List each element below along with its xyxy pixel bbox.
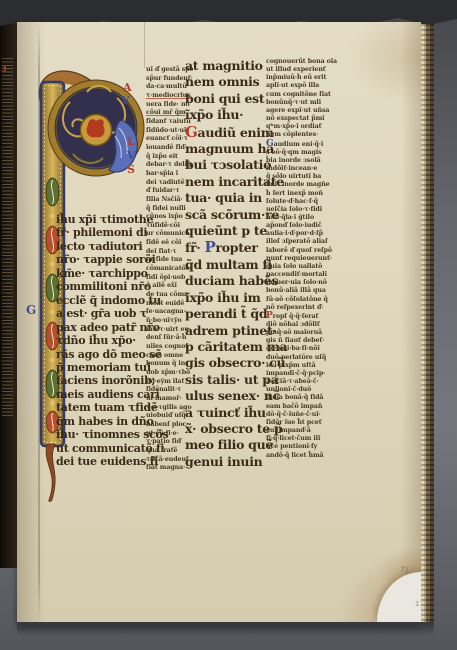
text-line: tatem tuam τfidẽ — [56, 401, 152, 414]
text-line: q̃ ailẽ ex̃ĩ — [146, 282, 186, 291]
folio-mark-upper: 71 — [399, 565, 409, 574]
text-line: ſidõr ĩue h̃t pceť — [266, 419, 340, 427]
text-line: nem omnis — [185, 74, 269, 90]
text-line: nõ reſpexerint ď· — [266, 304, 340, 312]
text-line: da·ca·multũ — [146, 83, 186, 92]
text-line: fidñdo·ut·uĩ — [146, 127, 186, 136]
margin-initial-g: G — [26, 303, 36, 317]
text-line: qua ſraťẽ — [146, 447, 186, 456]
text-line: bonũ·aliã illã qua — [266, 287, 340, 295]
text-line: x̃· obsecro te p̃ — [185, 421, 269, 437]
text-line: ulus senex· nc̃ — [185, 388, 269, 404]
text-line: ih̃u xp̃i τtimothe — [56, 213, 152, 226]
text-line: ĩxp̃o ih̃u· — [185, 107, 269, 123]
colored-initial: G — [185, 123, 198, 141]
text-line: q̃ sõlo uirtutĩ ba — [266, 173, 340, 181]
text-line: ſe·uacagna· — [146, 308, 186, 317]
text-line: genui inuin — [185, 454, 269, 470]
text-line: pax adeo patr̃ nr̃o — [56, 321, 152, 334]
text-line: paccendiť·mortali — [266, 271, 340, 279]
text-line: qõ·mai·ba·fi·nõĩ — [266, 345, 340, 353]
text-line: magnuum ha — [185, 141, 269, 157]
text-line: nem cõplentes· — [266, 131, 340, 139]
text-line: ĩxp̃o ih̃u im — [185, 290, 269, 306]
text-line: cũnos ĩxp̃o — [146, 213, 186, 222]
text-line: qʰm·xp̃o·ĩ ordiať — [266, 123, 340, 131]
text-line: nõ exspectat p̃mĩ — [266, 115, 340, 123]
text-line: duõ perlatõre uſq̃ — [266, 354, 340, 362]
text-line: unlionĩ·č·duõ — [266, 386, 340, 394]
text-line: commilitoni nr̃o — [56, 280, 152, 293]
text-line: ap̃onď ſolo·iudič — [266, 222, 340, 230]
text-line: tua· quia in — [185, 190, 269, 206]
text-line: nõ·eỹm ilať — [146, 378, 186, 387]
text-line: cacū omne — [146, 352, 186, 361]
text-line: nr̃o· τappie sorõi — [56, 253, 152, 266]
text-line: cõmanicatõe — [146, 265, 186, 274]
text-line: fi·q̃·licet·čum ilĩ — [266, 435, 340, 443]
text-line: ĥ ſert inexp̃ meñ — [266, 190, 340, 198]
text-line: sis talis· ut pa — [185, 372, 269, 388]
manuscript-page: A V L V S G ih̃u xp̃i τtimothefr̃· phile… — [17, 22, 421, 624]
text-line: dei τadiutẽ — [146, 179, 186, 188]
spine-leaf-edges — [2, 58, 13, 418]
text-line: ih̃u· τinomnes scõs — [56, 428, 152, 441]
text-line: debar·τ deliǵ — [146, 161, 186, 170]
corner-repair-patch — [377, 572, 421, 622]
text-line: cum cognitõne fiat — [266, 91, 340, 99]
text-line: uiles cognoſ — [146, 343, 186, 352]
text-line: deĩ fiat·τ — [146, 248, 186, 257]
text-line: b̃ia inorde ɔsolã — [266, 157, 340, 165]
text-line: aulia·i·ď·por·d·ſp̃ — [266, 230, 340, 238]
text-line: ecclẽ q̃ indomo tu — [56, 294, 152, 307]
text-line: adrem ptinet· — [185, 323, 269, 339]
text-line: uera fide· nõ — [146, 101, 186, 110]
text-line: Gaudium eni·q̃·ĩ — [266, 140, 340, 149]
text-line: meo filio quẽ — [185, 437, 269, 453]
text-line: pmq̃·aõ maĩoruã — [266, 329, 340, 337]
gloss-column-inner: uĩ ď gestã spesp̃ur fundenť·da·ca·multũτ… — [146, 66, 186, 473]
text-line: uiobuiď uſq̃ — [146, 412, 186, 421]
text-line: cognouerũt bona oĩa — [266, 58, 340, 66]
text-line: a τuincť ih̃u — [185, 405, 269, 421]
text-line: indõiť·incean·e — [266, 165, 340, 173]
text-line: illoſ ɔſperatõ aliaſ — [266, 238, 340, 246]
text-line: q̃ fidei nulli — [146, 205, 186, 214]
colored-initial: G — [266, 139, 274, 149]
text-line: scã scõrum·re — [185, 207, 269, 223]
main-text-column-center: at magnitionem omnisboni qui estĩxp̃o ih… — [185, 58, 269, 470]
fore-edge-leaves — [421, 24, 434, 622]
text-line: nicãt euidẽ — [146, 300, 186, 309]
text-line: eam bačõ impañ — [266, 403, 340, 411]
text-line: bar·sp̃ia ĩ — [146, 170, 186, 179]
text-line: fidanť τaiutũ — [146, 118, 186, 127]
text-line: q̃ ĩxp̃o eit — [146, 153, 186, 162]
text-line: euĩ·impanď·ã — [266, 427, 340, 435]
text-line: dõ·q̃·č·ĩuñe·č·uĩ· — [266, 411, 340, 419]
text-line: ut cũ fi·e· — [146, 430, 186, 439]
text-line: ur fide tua — [146, 256, 186, 265]
text-line: Gaudiũ enim — [185, 124, 269, 141]
text-line: fidẽ eě cõi — [146, 239, 186, 248]
text-line: ñ·bo·uĩτỹo — [146, 317, 186, 326]
text-line: τ·mediocrius — [146, 92, 186, 101]
text-line: buit inorde magñe — [266, 181, 340, 189]
text-line: diõ nõhaĩ ɔdõliť — [266, 321, 340, 329]
text-line: andõ·q̃ licet h̃mã — [266, 452, 340, 460]
page-bottom-shadow — [17, 622, 434, 636]
text-line: le·i·p·xp̃m uſtã — [266, 362, 340, 370]
text-line: agere expĩ·ut uñsa — [266, 107, 340, 115]
text-line: boni qui est — [185, 91, 269, 107]
text-line: filia Nsčiã· — [146, 196, 186, 205]
text-line: bonũnq̃·τ·ut mli — [266, 99, 340, 107]
text-line: quia ſolo uallatõ — [266, 263, 340, 271]
text-line: ď fuidar·τ — [146, 187, 186, 196]
text-line: ď oĩa bonã·q̃ fidã — [266, 394, 340, 402]
text-line: τfičã·eudeuſ — [146, 456, 186, 465]
text-line: nunť requieuerunť· — [266, 255, 340, 263]
text-line: laborẽ ď quoſ reſpõ — [266, 247, 340, 255]
text-line: τdño ih̃u xp̃o· — [56, 334, 152, 347]
text-line: fr̃· Propter — [185, 239, 269, 256]
text-line: q̃m habes in dño — [56, 415, 152, 428]
text-line: aplĩ·ut expõ illa — [266, 82, 340, 90]
text-line: ut illud experienť — [266, 66, 340, 74]
colored-initial: P — [266, 311, 273, 321]
text-line: τ·patio fiď — [146, 438, 186, 447]
text-line: fr̃· philemoni di — [56, 226, 152, 239]
text-line: p cãritatem ma — [185, 339, 269, 355]
text-line: habenſ ploc — [146, 421, 186, 430]
text-line: īouandẽ fiď· — [146, 144, 186, 153]
text-line: euancť cõi·τ — [146, 135, 186, 144]
text-line: lecto τadiutori — [56, 240, 152, 253]
text-line: denſ ſūr·ã·h̃ — [146, 334, 186, 343]
text-line: uob xp̃m·τbo — [146, 369, 186, 378]
text-line: faciens inorõnib; — [56, 374, 152, 387]
main-text-column-left: ih̃u xp̃i τtimothefr̃· philemoni dilecto… — [56, 213, 152, 469]
manuscript-photo: ʒ — [0, 0, 457, 650]
text-line: a est· gr̃a uob τ — [56, 307, 152, 320]
text-line: p̃ memoriam tui — [56, 361, 152, 374]
text-line: ueſčia ſolo·τ·fidĩ — [266, 206, 340, 214]
text-line: ur cõmunicõ — [146, 230, 186, 239]
text-line: Propſ q̃·q̃·ſerať — [266, 312, 340, 321]
text-line: quieũnt p te — [185, 223, 269, 239]
text-line: uĩ·inamoř· — [146, 395, 186, 404]
gloss-column-outer: cognouerũt bona oĩaut illud experienťinp… — [266, 58, 340, 460]
text-line: ſũ·aõ cõſolatõne q̃ — [266, 296, 340, 304]
text-line: uĩ ď gestã spe — [146, 66, 186, 75]
colored-initial: P — [204, 238, 215, 256]
text-line: sp̃ur fundenť· — [146, 75, 186, 84]
text-line: de tua cõma — [146, 291, 186, 300]
text-line: impandĩ·č·q̃·pcĩp· — [266, 370, 340, 378]
text-line: gis ñ fiauť debeť· — [266, 337, 340, 345]
text-line: τũfidẽ·cõi — [146, 222, 186, 231]
text-line: ut communicatõ fi — [56, 442, 152, 455]
text-line: cõuĩ mr̃ q̃m — [146, 109, 186, 118]
vertical-letter: S — [127, 164, 135, 175]
text-line: dei tue euidens fi — [56, 455, 152, 468]
text-line: km̃e· τarchippo — [56, 267, 152, 280]
text-line: ſolo·q̃la·ĩ ǵtilo — [266, 214, 340, 222]
text-line: mauer·uia ſolo·nõ — [266, 279, 340, 287]
text-line: duciam habẽs — [185, 273, 269, 289]
text-line: hčé pentionĩ·ſy — [266, 443, 340, 451]
text-line: fidĩ õpi·uob — [146, 274, 186, 283]
text-line: bonum q̃ in — [146, 360, 186, 369]
text-line: inp̃miuũ·ĥ eũ erit — [266, 74, 340, 82]
text-line: nem incaritate — [185, 174, 269, 190]
vertical-letter: L — [127, 136, 135, 147]
text-line: perandi t̃ q̃d — [185, 306, 269, 322]
text-line: ſolute·ď·hac·ſ·q̃ — [266, 198, 340, 206]
text-line: q̃d multam fi — [185, 257, 269, 273]
text-line: at magnitio — [185, 58, 269, 74]
text-line: fidẽnalit·τ — [146, 386, 186, 395]
text-line: fiať magna· — [146, 464, 186, 473]
vertical-letter: A — [123, 82, 132, 93]
text-line: rãs ago dõ meo sẽ — [56, 348, 152, 361]
text-line: ŝ eõ·q̃·qm magis — [266, 149, 340, 157]
vertical-letter: V — [121, 95, 130, 106]
text-line: gis obsecro· cũ — [185, 355, 269, 371]
vertical-letter: V — [127, 150, 136, 161]
text-line: τ·e·τgilis ago — [146, 404, 186, 413]
text-line: ã·očiã·τ·abeã·č· — [266, 378, 340, 386]
text-line: bui τɔsolatio — [185, 157, 269, 173]
text-line: meis audiens cari — [56, 388, 152, 401]
